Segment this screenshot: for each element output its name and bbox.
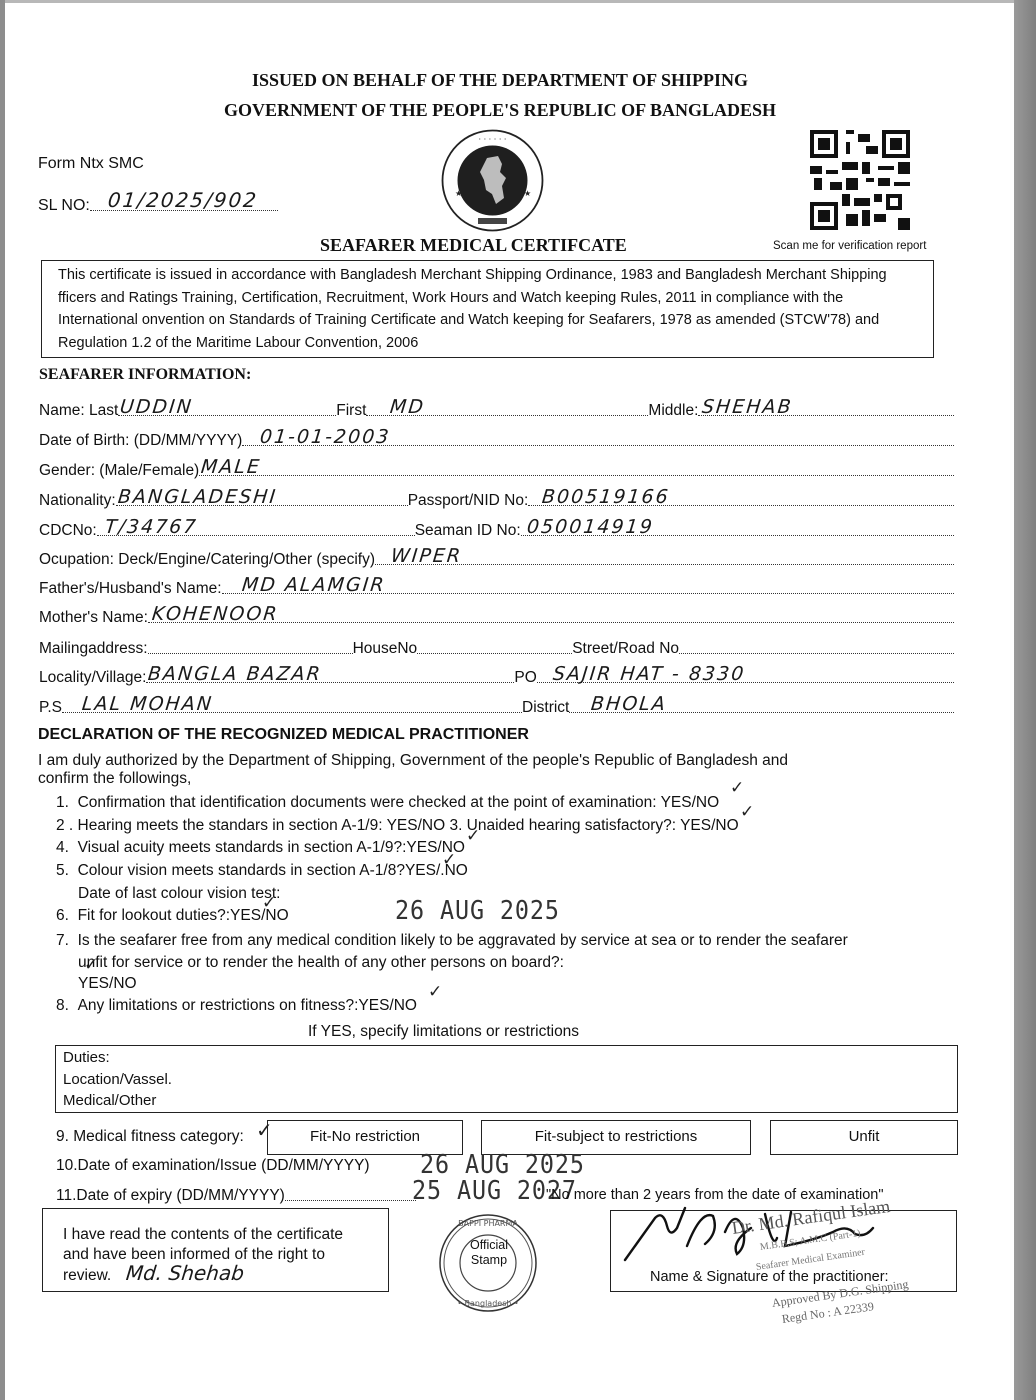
sl-number-value: 01/2025/902 — [107, 188, 260, 212]
declaration-intro-2: confirm the followings, — [38, 768, 191, 791]
svg-text:BAPPI PHARMA: BAPPI PHARMA — [458, 1219, 518, 1228]
acknowledgement-box: I have read the contents of the certific… — [42, 1208, 389, 1292]
district-value: BHOLA — [590, 693, 668, 715]
seaman-id-value: 050014919 — [526, 516, 655, 538]
checkmark-icon: ✓ — [740, 802, 754, 822]
declaration-item-1: 1. Confirmation that identification docu… — [56, 792, 719, 815]
nationality-row: Nationality: BANGLADESHI Passport/NID No… — [39, 488, 954, 510]
mother-row: Mother's Name: KOHENOOR — [39, 605, 954, 627]
colour-vision-date-stamp: 26 AUG 2025 — [395, 896, 560, 926]
ps-row: P.S LAL MOHAN District BHOLA — [39, 695, 954, 717]
mother-value: KOHENOOR — [151, 603, 280, 625]
father-label: Father's/Husband's Name: — [39, 580, 222, 598]
father-value: MD ALAMGIR — [240, 574, 386, 596]
checkmark-icon: ✓ — [442, 850, 456, 870]
expiry-row: 11.Date of expiry (DD/MM/YYYY) — [56, 1183, 416, 1205]
street-label: Street/Road No — [572, 640, 679, 658]
district-label: District — [522, 699, 569, 717]
exam-date-label: 10.Date of examination/Issue (DD/MM/YYYY… — [56, 1155, 370, 1178]
form-code: Form Ntx SMC — [38, 155, 144, 173]
occupation-label: Ocupation: Deck/Engine/Catering/Other (s… — [39, 551, 375, 569]
passport-value: B00519166 — [541, 486, 671, 508]
scan-edge-top — [0, 0, 1014, 3]
qr-caption: Scan me for verification report — [773, 240, 926, 252]
occupation-value: WIPER — [390, 545, 463, 567]
declaration-title: DECLARATION OF THE RECOGNIZED MEDICAL PR… — [38, 726, 529, 744]
declaration-item-5: 5. Colour vision meets standards in sect… — [56, 860, 468, 883]
occupation-row: Ocupation: Deck/Engine/Catering/Other (s… — [39, 547, 954, 569]
house-no-label: HouseNo — [353, 640, 418, 658]
passport-label: Passport/NID No: — [408, 492, 529, 510]
fitness-category-label: 9. Medical fitness category: — [56, 1126, 244, 1149]
government-seal-icon: · · · · · · ★ ★ — [440, 128, 545, 233]
dob-row: Date of Birth: (DD/MM/YYYY) 01-01-2003 — [39, 428, 954, 450]
location-label: Location/Vassel. — [63, 1069, 957, 1091]
dob-value: 01-01-2003 — [259, 426, 392, 448]
seafarer-signature: Md. Shehab — [125, 1264, 245, 1284]
acknowledgement-text: I have read the contents of the certific… — [63, 1225, 388, 1245]
mailing-address-label: Mailingaddress: — [39, 640, 148, 658]
qr-code-icon — [810, 130, 910, 230]
issuer-line-2: GOVERNMENT OF THE PEOPLE'S REPUBLIC OF B… — [0, 100, 1000, 121]
notice-line: Regulation 1.2 of the Maritime Labour Co… — [58, 332, 933, 355]
svg-text:★: ★ — [455, 189, 462, 198]
first-name-value: MD — [389, 396, 426, 418]
issuer-line-1: ISSUED ON BEHALF OF THE DEPARTMENT OF SH… — [0, 70, 1000, 91]
gender-value: MALE — [200, 456, 262, 478]
declaration-item-8: 8. Any limitations or restrictions on fi… — [56, 995, 417, 1018]
scan-edge-right — [1014, 0, 1036, 1400]
middle-name-label: Middle: — [648, 402, 698, 420]
mother-label: Mother's Name: — [39, 609, 148, 627]
dob-label: Date of Birth: (DD/MM/YYYY) — [39, 432, 242, 450]
sl-number-label: SL NO: — [38, 197, 90, 215]
seafarer-section-title: SEAFARER INFORMATION: — [39, 366, 251, 384]
last-name-label: Name: Last — [39, 402, 118, 420]
locality-label: Locality/Village: — [39, 669, 146, 687]
declaration-item-6: 6. Fit for lookout duties?:YES/NO — [56, 905, 289, 928]
cdc-label: CDCNo: — [39, 522, 97, 540]
sl-number-field: SL NO: 01/2025/902 — [38, 197, 278, 215]
last-name-value: UDDIN — [119, 396, 194, 418]
declaration-item-4: 4. Visual acuity meets standards in sect… — [56, 837, 465, 860]
official-stamp-label: Official Stamp — [467, 1238, 511, 1268]
expiry-label: 11.Date of expiry (DD/MM/YYYY) — [56, 1187, 285, 1205]
certificate-title: SEAFARER MEDICAL CERTIFCATE — [320, 235, 627, 256]
restrictions-box: Duties: Location/Vassel. Medical/Other — [55, 1045, 958, 1113]
svg-text:• Bangladesh •: • Bangladesh • — [457, 1299, 518, 1308]
declaration-item-2: 2 . Hearing meets the standars in sectio… — [56, 815, 739, 838]
checkmark-icon: ✓ — [262, 893, 276, 913]
locality-value: BANGLA BAZAR — [147, 663, 323, 685]
seaman-id-label: Seaman ID No: — [415, 522, 521, 540]
legal-notice-box: This certificate is issued in accordance… — [41, 260, 934, 358]
nationality-label: Nationality: — [39, 492, 116, 510]
colour-vision-date-label: Date of last colour vision test: — [78, 883, 280, 906]
ps-value: LAL MOHAN — [81, 693, 214, 715]
scan-edge-left — [0, 0, 5, 1400]
cdc-row: CDCNo: T/34767 Seaman ID No: 050014919 — [39, 518, 954, 540]
notice-line: fficers and Ratings Training, Certificat… — [58, 287, 933, 310]
medical-other-label: Medical/Other — [63, 1090, 957, 1112]
checkmark-icon: ✓ — [466, 826, 480, 846]
declaration-item-7-cont: unfit for service or to render the healt… — [78, 952, 564, 975]
svg-text:★: ★ — [524, 189, 531, 198]
acknowledgement-text: review. — [63, 1267, 111, 1284]
father-row: Father's/Husband's Name: MD ALAMGIR — [39, 576, 954, 598]
gender-row: Gender: (Male/Female) MALE — [39, 458, 954, 480]
locality-row: Locality/Village: BANGLA BAZAR PO SAJIR … — [39, 665, 954, 687]
gender-label: Gender: (Male/Female) — [39, 462, 199, 480]
duties-label: Duties: — [63, 1047, 957, 1069]
practitioner-caption: Name & Signature of the practitioner: — [650, 1269, 889, 1285]
po-value: SAJIR HAT - 8330 — [552, 663, 747, 685]
declaration-item-7-answer: YES/NO — [78, 973, 137, 996]
restrictions-instruction: If YES, specify limitations or restricti… — [308, 1021, 579, 1044]
name-row: Name: Last UDDIN First MD Middle: SHEHAB — [39, 398, 954, 420]
declaration-item-7: 7. Is the seafarer free from any medical… — [56, 930, 848, 953]
mailing-row: Mailingaddress: HouseNo Street/Road No — [39, 636, 954, 658]
nationality-value: BANGLADESHI — [117, 486, 278, 508]
checkmark-icon: ✓ — [84, 955, 98, 975]
notice-line: International onvention on Standards of … — [58, 309, 933, 332]
svg-text:· · · · · ·: · · · · · · — [479, 135, 507, 144]
checkmark-icon: ✓ — [730, 778, 744, 798]
middle-name-value: SHEHAB — [701, 396, 794, 418]
ps-label: P.S — [39, 699, 62, 717]
notice-line: This certificate is issued in accordance… — [58, 264, 933, 287]
po-label: PO — [514, 669, 536, 687]
cdc-value: T/34767 — [104, 516, 199, 538]
checkmark-icon: ✓ — [428, 982, 442, 1002]
fitness-option-unfit: Unfit — [770, 1120, 958, 1155]
first-name-label: First — [336, 402, 366, 420]
